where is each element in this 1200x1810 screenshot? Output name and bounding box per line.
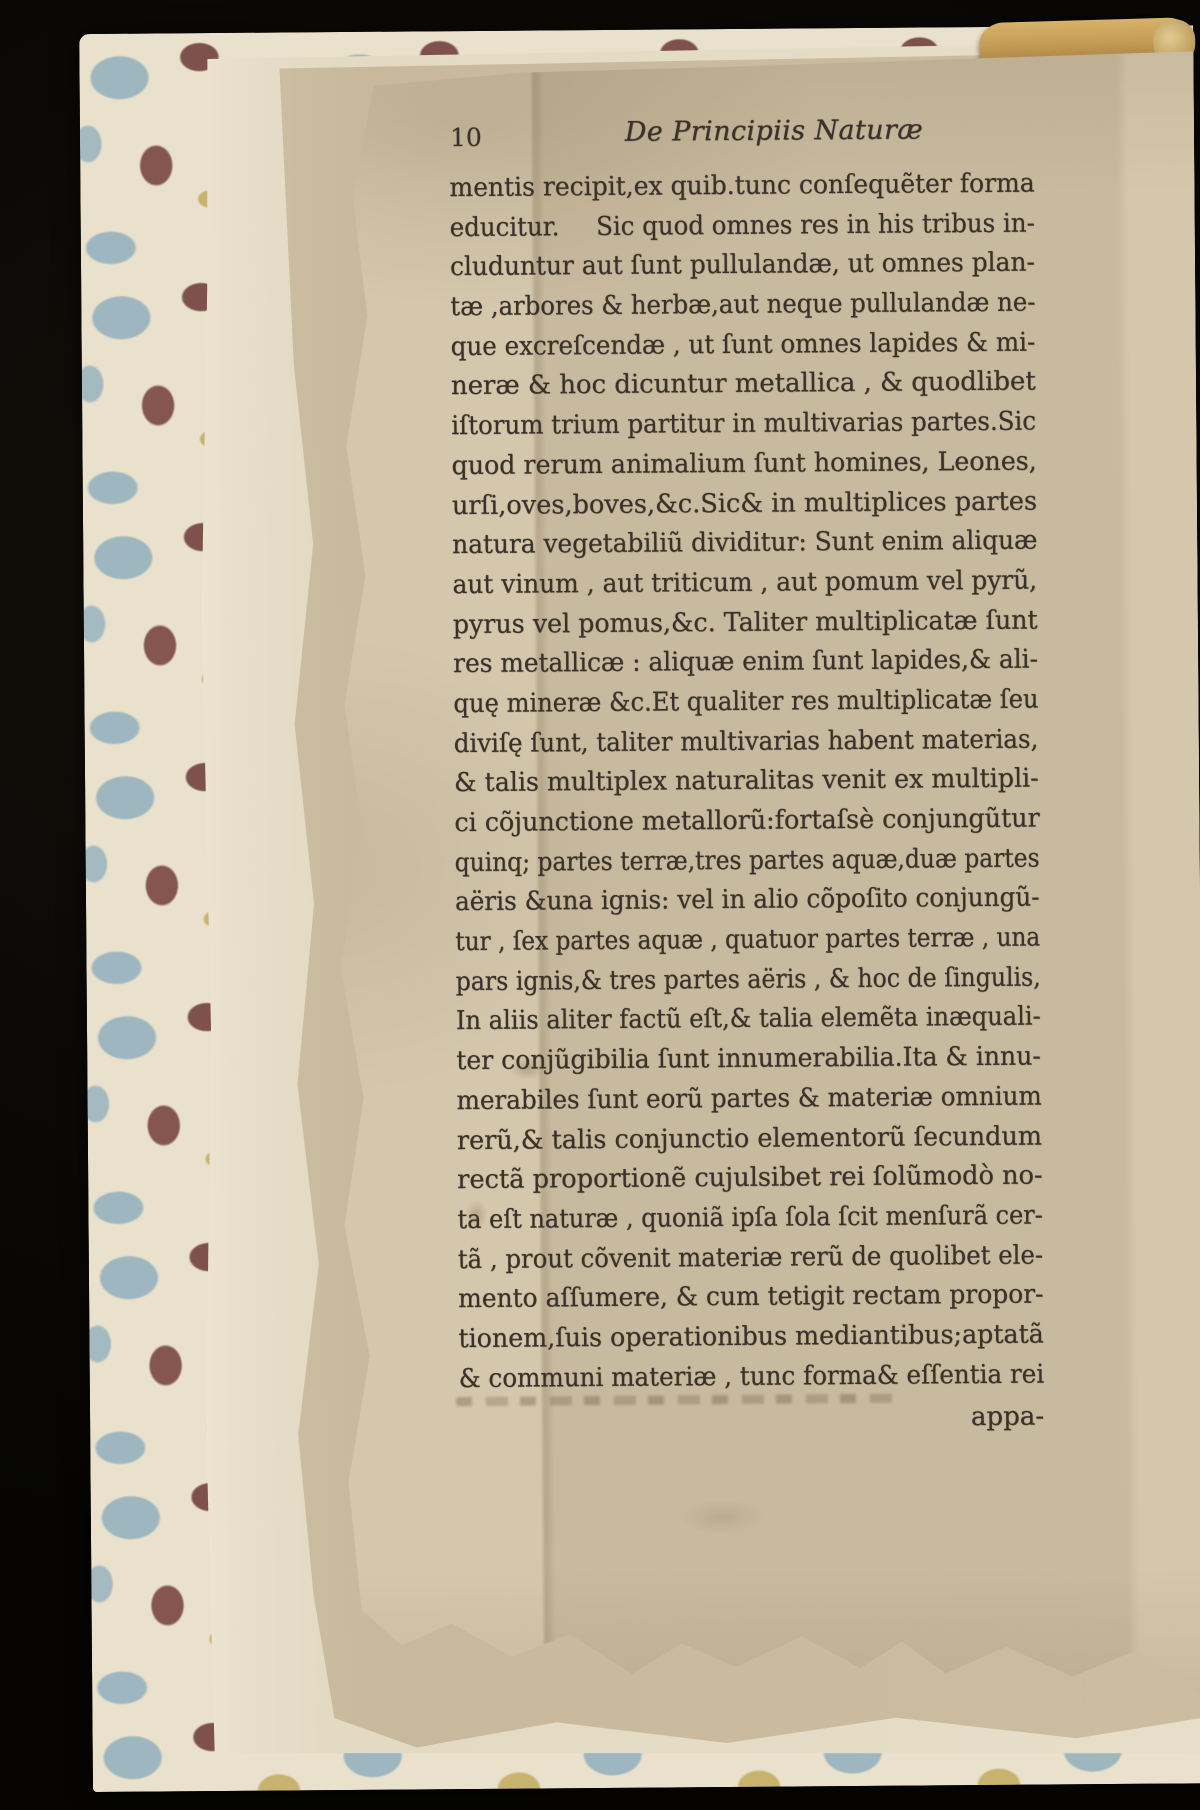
photo-backdrop: 10 De Principiis Naturæ mentis recipit,e… xyxy=(0,0,1200,1810)
body-text-column: mentis recipit,ex quib.tunc conſequẽter … xyxy=(449,165,1044,1400)
text-line: mentis recipit,ex quib.tunc conſequẽter … xyxy=(449,165,1034,209)
text-line: tur , ſex partes aquæ , quatuor partes t… xyxy=(455,919,1040,963)
text-line: rectã proportionẽ cujulsibet rei ſolũmod… xyxy=(457,1157,1042,1201)
antique-book: 10 De Principiis Naturæ mentis recipit,e… xyxy=(0,0,1200,1810)
text-line: res metallicæ : aliquæ enim ſunt lapides… xyxy=(453,641,1038,685)
running-header: De Principiis Naturæ xyxy=(474,112,1074,151)
text-line: ci cõjunctione metallorũ:fortaſsè conjun… xyxy=(454,800,1039,844)
text-line: quinq; partes terræ,tres partes aquæ,duæ… xyxy=(455,839,1040,883)
text-line: tionem,ſuis operationibus mediantibus;ap… xyxy=(458,1315,1043,1359)
catchword: appa- xyxy=(459,1397,1044,1442)
text-line: & talis multiplex naturalitas venit ex m… xyxy=(454,760,1039,804)
text-line: tæ ,arbores & herbæ,aut neque pullulandæ… xyxy=(450,284,1035,328)
text-line: quę mineræ &c.Et qualiter res multiplica… xyxy=(453,680,1038,724)
text-line: quod rerum animalium ſunt homines, Leone… xyxy=(451,442,1036,486)
text-line: ter conjũgibilia ſunt innumerabilia.Ita … xyxy=(456,1038,1041,1082)
text-line: & communi materiæ , tunc forma& eſſentia… xyxy=(459,1355,1044,1399)
text-line: que excreſcendæ , ut ſunt omnes lapides … xyxy=(451,323,1036,367)
text-line: mento aſſumere, & cum tetigit rectam pro… xyxy=(458,1276,1043,1320)
text-line: aëris &una ignis: vel in alio cõpoſito c… xyxy=(455,879,1040,923)
text-line: ta eſt naturæ , quoniã ipſa ſola ſcit me… xyxy=(457,1196,1042,1240)
text-line: natura vegetabiliũ dividitur: Sunt enim … xyxy=(452,522,1037,566)
text-line: merabiles ſunt eorũ partes & materiæ omn… xyxy=(456,1077,1041,1121)
text-line: pyrus vel pomus,&c. Taliter multiplicatæ… xyxy=(453,601,1038,645)
text-line: In aliis aliter factũ eſt,& talia elemẽt… xyxy=(456,998,1041,1042)
text-line: urſi,oves,boves,&c.Sic& in multiplices p… xyxy=(452,482,1037,526)
printed-text-block: 10 De Principiis Naturæ mentis recipit,e… xyxy=(0,0,1200,1810)
text-line: tã , prout cõvenit materiæ rerũ de quoli… xyxy=(458,1236,1043,1280)
text-line: rerũ,& talis conjunctio elementorũ ſecun… xyxy=(457,1117,1042,1161)
text-line: neræ & hoc dicuntur metallica , & quodli… xyxy=(451,363,1036,407)
text-line: cluduntur aut ſunt pullulandæ, ut omnes … xyxy=(450,244,1035,288)
text-line: pars ignis,& tres partes aëris , & hoc d… xyxy=(455,958,1040,1002)
text-line: aut vinum , aut triticum , aut pomum vel… xyxy=(452,561,1037,605)
text-line: educitur. Sic quod omnes res in his trib… xyxy=(450,204,1035,248)
text-line: iſtorum trium partitur in multivarias pa… xyxy=(451,403,1036,447)
text-line: diviſę ſunt, taliter multivarias habent … xyxy=(454,720,1039,764)
